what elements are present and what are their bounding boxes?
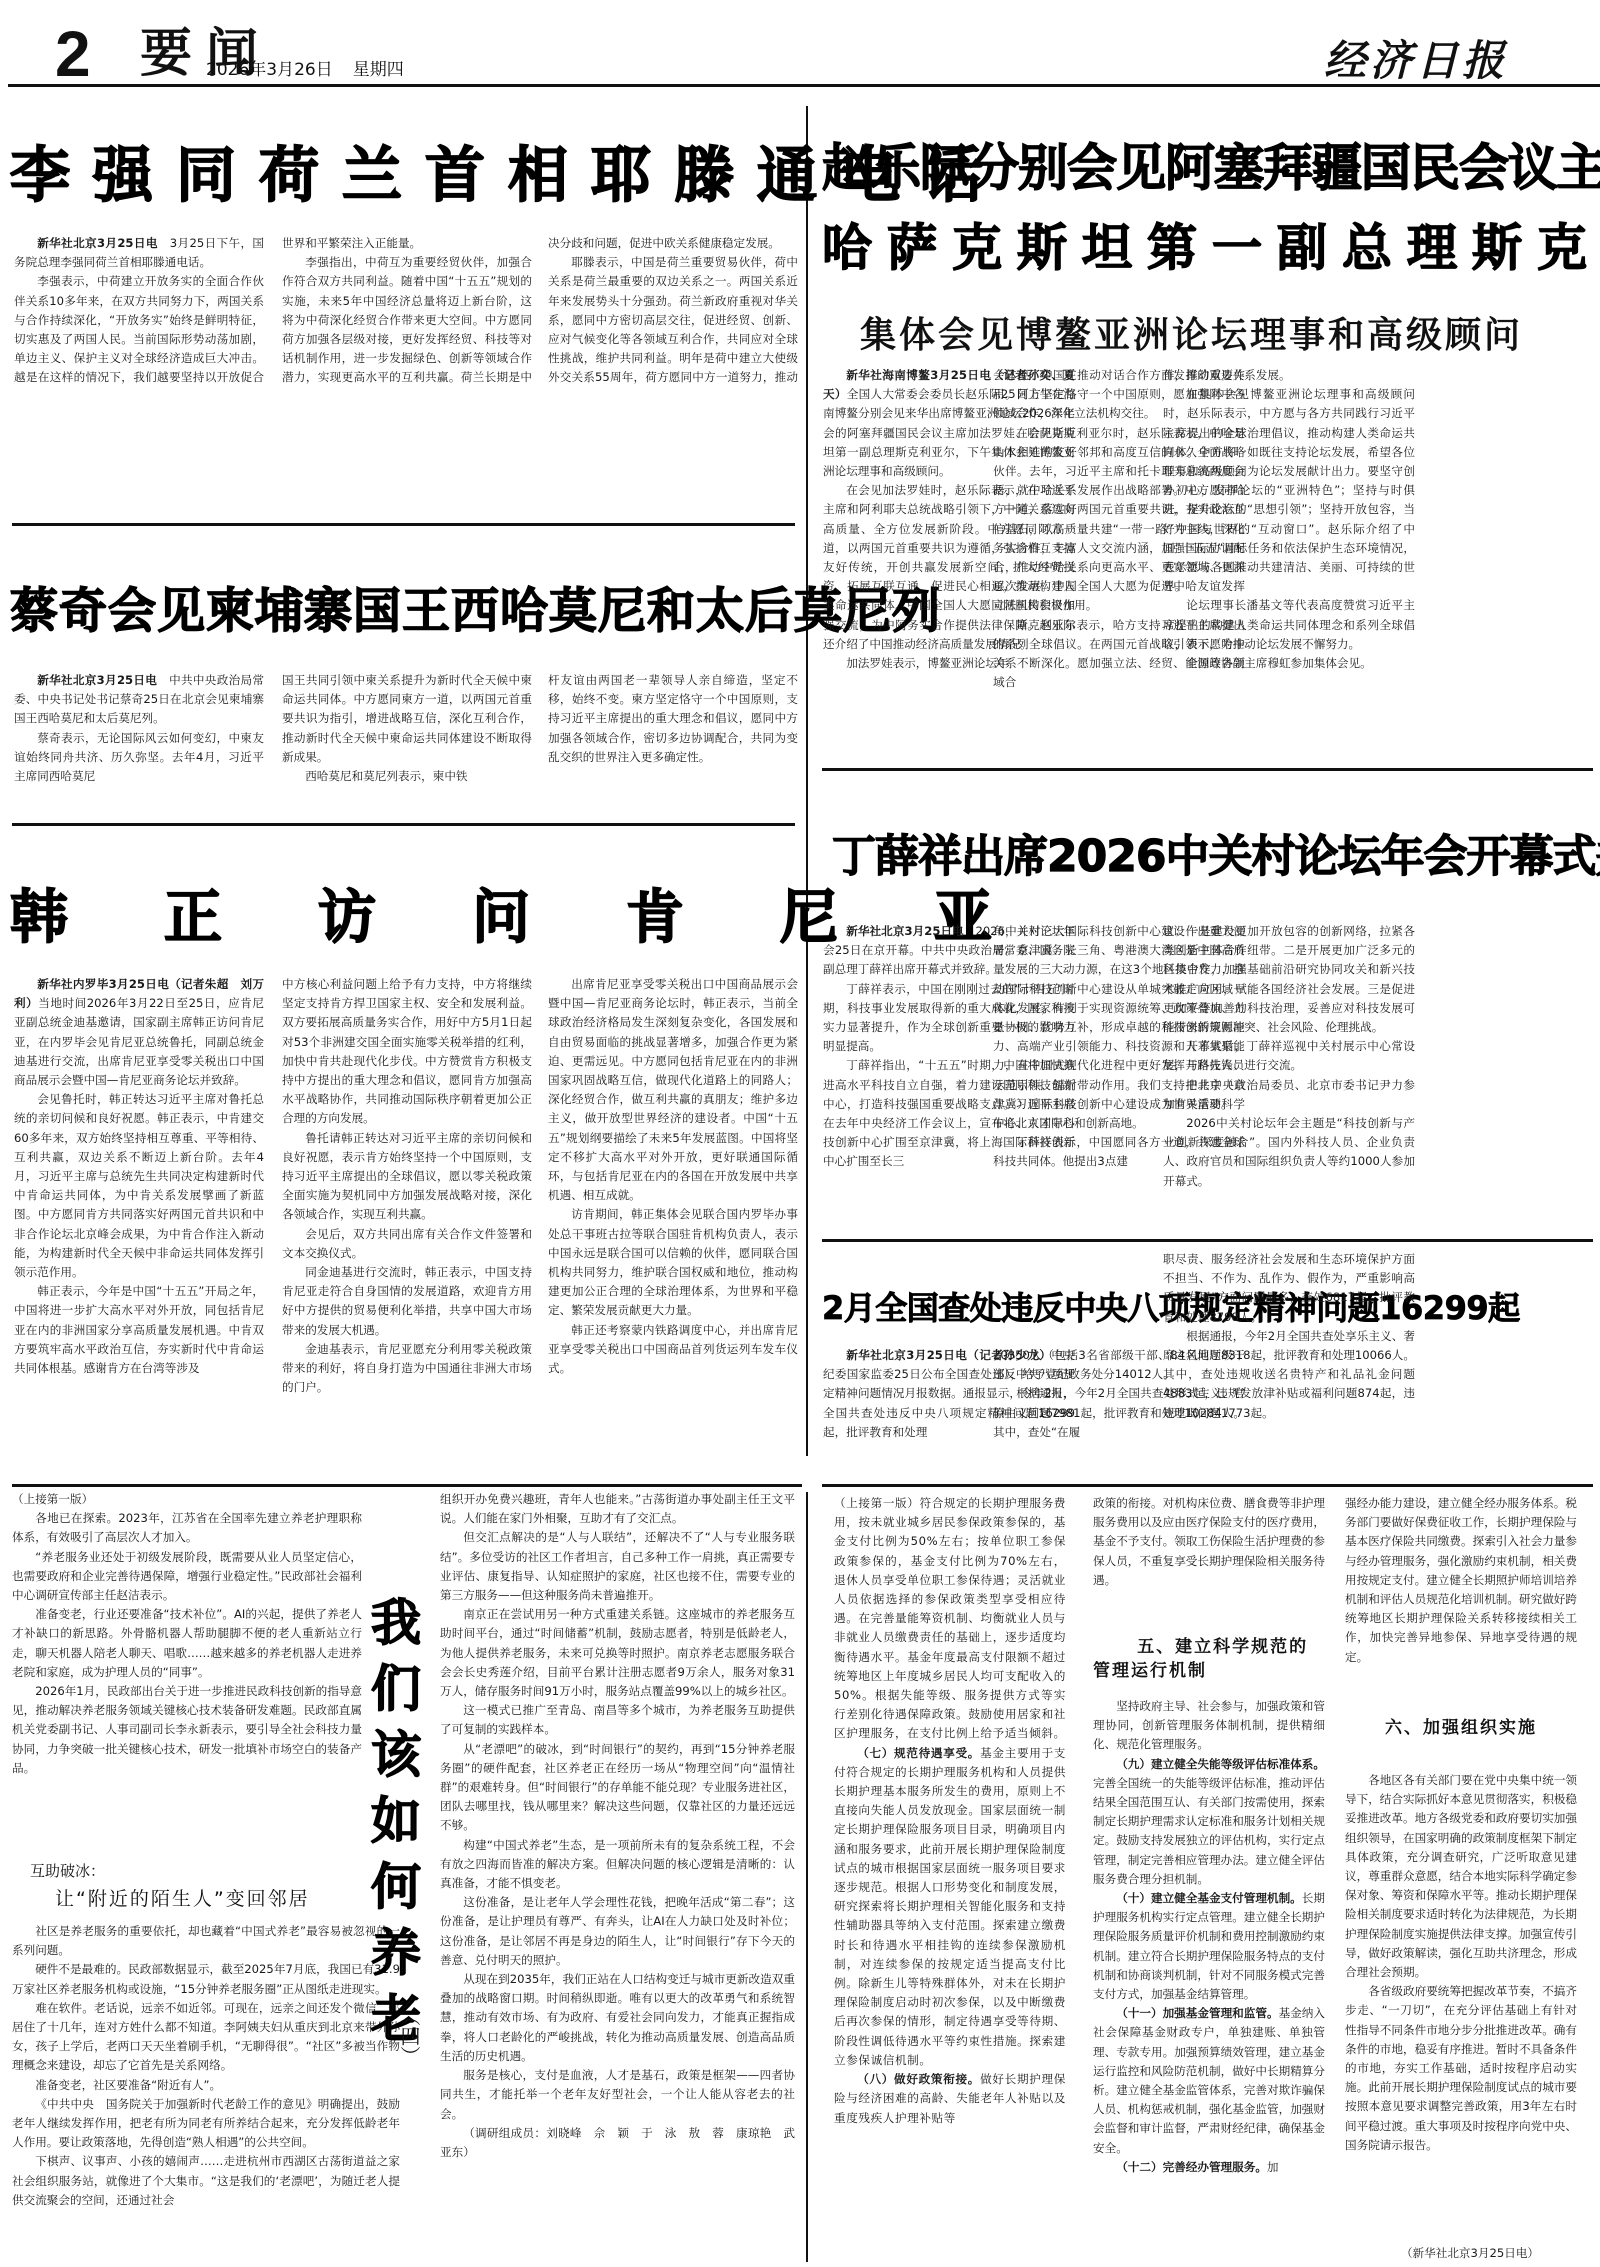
clause-title: （七）规范待遇享受。 xyxy=(857,1746,980,1760)
paragraph: 构建“中国式养老”生态，是一项前所未有的复杂系统工程，不会有放之四海而皆准的解决… xyxy=(440,1836,795,1894)
paragraph: 组织开办免费兴趣班，青年人也能来。”古荡街道办事处副主任王文平说。人们能在家门外… xyxy=(440,1490,795,1528)
paragraph: 2026年1月，民政部出台关于进一步推进民政科技创新的指导意见，推动解决养老服务… xyxy=(12,1682,362,1778)
article-column: 世界和平繁荣注入正能量。李强指出，中荷互为重要经贸伙伴，加强合作符合双方共同利益… xyxy=(282,234,532,386)
paragraph: （十一）加强基金管理和监管。基金纳入社会保障基金财政专户，单独建账、单独管理、专… xyxy=(1093,2004,1325,2158)
paragraph: （调研组成员：刘晓峰 佘 颖 于 泳 敖 蓉 康琼艳 武亚东） xyxy=(440,2124,795,2162)
paragraph-text: 世界和平繁荣注入正能量。 xyxy=(282,236,421,250)
paragraph: 各地已在探索。2023年，江苏省在全国率先建立养老护理职称体系，有效吸引了高层次… xyxy=(12,1509,362,1547)
paragraph-text: 从现在到2035年，我们正站在人口结构变迁与城市更新改造双重叠加的战略窗口期。时… xyxy=(440,1972,795,2063)
issue-date: 2026年3月26日 xyxy=(206,60,333,80)
article-rule xyxy=(822,768,1593,771)
paragraph-text: 各省级政府要统筹把握改革节奏，不搞齐步走、“一刀切”，在充分评估基础上有针对性指… xyxy=(1345,1984,1577,2152)
column-divider xyxy=(806,1492,808,2262)
article-column: 组织开办免费兴趣班，青年人也能来。”古荡街道办事处副主任王文平说。人们能在家门外… xyxy=(440,1490,795,2260)
paragraph-text: 金迪基表示，肯尼亚愿充分利用零关税政策带来的利好，将自身打造为中国通往非洲大市场… xyxy=(282,1342,532,1394)
paragraph-text: 杆友谊由两国老一辈领导人亲自缔造，坚定不移，始终不变。柬方坚定恪守一个中国原则，… xyxy=(548,673,798,764)
paragraph-text: 李强表示，中荷建立开放务实的全面合作伙伴关系10多年来，在双方共同努力下，两国关… xyxy=(14,274,264,386)
paragraph-text: 韩正还考察蒙内铁路调度中心，并出席肯尼亚享受零关税出口中国商品首列货运列车发车仪… xyxy=(548,1323,798,1375)
paragraph-text: 李强指出，中荷互为重要经贸伙伴，加强合作符合双方共同利益。随着中国“十五五”规划… xyxy=(282,255,532,386)
paragraph-text: 社区是养老服务的重要依托，却也藏着“中国式养老”最容易被忽视的一系列问题。 xyxy=(12,1924,400,1957)
paragraph-text: 但交汇点解决的是“人与人联结”，还解决不了“人与专业服务联结”。多位受访的社区工… xyxy=(440,1530,795,1602)
paragraph-text: 蔡奇表示，无论国际风云如何变幻，中柬友谊始终同舟共济、历久弥坚。去年4月，习近平… xyxy=(14,731,264,783)
article-column: 作，推动双边关系发展。在集体会见博鳌亚洲论坛理事和高级顾问时，赵乐际表示，中方愿… xyxy=(1163,366,1415,750)
paragraph: 论坛理事长潘基文等代表高度赞赏习近平主席提出的构建人类命运共同体理念和系列全球倡… xyxy=(1163,596,1415,654)
article-rule xyxy=(822,1484,1593,1487)
paragraph: 中共中央政治局委员、北京市委书记尹力参加有关活动。 xyxy=(1163,1076,1415,1114)
article-rule xyxy=(822,1239,1593,1242)
paragraph-text: 完善全国统一的失能等级评估标准，推动评估结果全国范围互认、有关部门按需使用，探索… xyxy=(1093,1776,1325,1886)
paragraph: （十二）完善经办管理服务。加 xyxy=(1093,2158,1325,2177)
paragraph-text: “养老服务业还处于初级发展阶段，既需要从业人员坚定信心，也需要政府和企业完善待遇… xyxy=(12,1550,362,1602)
paragraph: 开幕式后，丁薛祥巡视中关村展示中心常设展，与科技人员进行交流。 xyxy=(1163,1037,1415,1075)
headline-line-1: 赵乐际分别会见阿塞拜疆国民会议主席加法罗娃、 xyxy=(822,128,1600,200)
continued-from: （上接第一版） xyxy=(12,1490,362,1509)
paragraph: （七）规范待遇享受。基金主要用于支付符合规定的长期护理服务机构和人员提供长期护理… xyxy=(834,1744,1066,2070)
paragraph-text: 会见鲁托时，韩正转达习近平主席对鲁托总统的亲切问候和良好祝愿。韩正表示，中肯建交… xyxy=(14,1092,264,1279)
article-column: 出席肯尼亚享受零关税出口中国商品展示会暨中国—肯尼亚商务论坛时，韩正表示，当前全… xyxy=(548,975,798,1437)
paragraph-text: 各地已在探索。2023年，江苏省在全国率先建立养老护理职称体系，有效吸引了高层次… xyxy=(12,1511,362,1544)
paragraph-text: 中方核心利益问题上给予有力支持，中方将继续坚定支持肯方捍卫国家主权、安全和发展利… xyxy=(282,977,532,1125)
subheadline: 让“附近的陌生人”变回邻居 xyxy=(55,1884,310,1911)
paragraph: 社区是养老服务的重要依托，却也藏着“中国式养老”最容易被忽视的一系列问题。 xyxy=(12,1922,400,1960)
paragraph-text: 耶滕表示，中国是荷兰重要贸易伙伴，荷中关系是荷兰最重要的双边关系之一。两国关系近… xyxy=(548,255,798,386)
paragraph: 金迪基表示，肯尼亚愿充分利用零关税政策带来的利好，将自身打造为中国通往非洲大市场… xyxy=(282,1340,532,1398)
paragraph-group: 各地已在探索。2023年，江苏省在全国率先建立养老护理职称体系，有效吸引了高层次… xyxy=(12,1509,362,1778)
paragraph: 国王共同引领中柬关系提升为新时代全天候中柬命运共同体。中方愿同柬方一道，以两国元… xyxy=(282,671,532,767)
paragraph: 访肯期间，韩正集体会见联合国内罗毕办事处总干事班古拉等联合国驻肯机构负责人，表示… xyxy=(548,1205,798,1320)
article-column: 职尽责、服务经济社会发展和生态环境保护方面不担当、不作为、乱作为、假作为，严重影… xyxy=(1163,1250,1415,1465)
paragraph: 鲁托请韩正转达对习近平主席的亲切问候和良好祝愿，表示肯方始终坚持一个中国原则，支… xyxy=(282,1129,532,1225)
paragraph: 强经办能力建设，建立健全经办服务体系。税务部门要做好保费征收工作，长期护理保险与… xyxy=(1345,1494,1577,1667)
paragraph-text: 加 xyxy=(1267,2160,1279,2174)
dateline-lead: 新华社北京3月25日电 xyxy=(37,673,157,687)
paragraph-text: 会见后，双方共同出席有关合作文件签署和文本交换仪式。 xyxy=(282,1227,532,1260)
article-column: 各地区各有关部门要在党中央集中统一领导下，结合实际抓好本意见贯彻落实，积极稳妥推… xyxy=(1345,1771,1577,2241)
paragraph: 从“老漂吧”的破冰，到“时间银行”的契约，再到“15分钟养老服务圈”的硬件配套，… xyxy=(440,1740,795,1836)
article-column: 决分歧和问题，促进中欧关系健康稳定发展。耶滕表示，中国是荷兰重要贸易伙伴，荷中关… xyxy=(548,234,798,386)
article-column: 新华社北京3月25日电 3月25日下午，国务院总理李强同荷兰首相耶滕通电话。李强… xyxy=(14,234,264,386)
headline: 丁薛祥出席2026中关村论坛年会开幕式并致辞 xyxy=(832,820,1600,884)
paragraph: 同金迪基进行交流时，韩正表示，中国支持肯尼亚走符合自身国情的发展道路，欢迎肯方用… xyxy=(282,1263,532,1340)
paragraph-text: 根据通报，今年2月全国共查处享乐主义、奢靡之风问题8318起，批评教育和处理10… xyxy=(1163,1329,1415,1420)
paragraph: 耶滕表示，中国是荷兰重要贸易伙伴，荷中关系是荷兰最重要的双边关系之一。两国关系近… xyxy=(548,253,798,386)
paragraph-text: 国王共同引领中柬关系提升为新时代全天候中柬命运共同体。中方愿同柬方一道，以两国元… xyxy=(282,673,532,764)
paragraph: 杆友谊由两国老一辈领导人亲自缔造，坚定不移，始终不变。柬方坚定恪守一个中国原则，… xyxy=(548,671,798,767)
paragraph: 服务是核心，支付是血液，人才是基石，政策是框架——四者协同共生，才能托举一个老年… xyxy=(440,2066,795,2124)
paragraph-text: 出席肯尼亚享受零关税出口中国商品展示会暨中国—肯尼亚商务论坛时，韩正表示，当前全… xyxy=(548,977,798,1202)
headline-line-2: 哈萨克斯坦第一副总理斯克利亚尔 xyxy=(822,208,1600,280)
column-divider xyxy=(806,106,808,1456)
paragraph-text: 这一模式已推广至青岛、南昌等多个城市，为养老服务互助提供了可复制的实践样本。 xyxy=(440,1703,795,1736)
paragraph: 从现在到2035年，我们正站在人口结构变迁与城市更新改造双重叠加的战略窗口期。时… xyxy=(440,1970,795,2066)
paragraph-text: 职尽责、服务经济社会发展和生态环境保护方面不担当、不作为、乱作为、假作为，严重影… xyxy=(1163,1252,1415,1324)
paragraph-text: 组织开办免费兴趣班，青年人也能来。”古荡街道办事处副主任王文平说。人们能在家门外… xyxy=(440,1492,795,1525)
paragraph-text: 2026中关村论坛年会主题是“科技创新与产业创新深度融合”。国内外科技人员、企业… xyxy=(1163,1116,1415,1188)
paragraph-text: 强经办能力建设，建立健全经办服务体系。税务部门要做好保费征收工作，长期护理保险与… xyxy=(1345,1496,1577,1664)
paragraph: 各地区各有关部门要在党中央集中统一领导下，结合实际抓好本意见贯彻落实，积极稳妥推… xyxy=(1345,1771,1577,1982)
paragraph: 李强指出，中荷互为重要经贸伙伴，加强合作符合双方共同利益。随着中国“十五五”规划… xyxy=(282,253,532,386)
paragraph: 新华社北京3月25日电 3月25日下午，国务院总理李强同荷兰首相耶滕通电话。 xyxy=(14,234,264,272)
paragraph: （九）建立健全失能等级评估标准体系。完善全国统一的失能等级评估标准，推动评估结果… xyxy=(1093,1755,1325,1889)
article-column: 议：一是建设更加开放包容的创新网络，拉紧各类创新主体合作纽带。二是开展更加广泛多… xyxy=(1163,922,1415,1220)
paragraph: 政策的衔接。对机构床位费、膳食费等非护理服务费用以及应由医疗保险支付的医疗费用，… xyxy=(1093,1494,1325,1590)
article-column: 政策的衔接。对机构床位费、膳食费等非护理服务费用以及应由医疗保险支付的医疗费用，… xyxy=(1093,1494,1325,1614)
paragraph: 难在软件。老话说，远亲不如近邻。可现在，远亲之间还发个微信，邻居住了十几年，连对… xyxy=(12,1999,400,2076)
article-column: 新华社内罗毕3月25日电（记者朱超 刘万利）当地时间2026年3月22日至25日… xyxy=(14,975,264,1437)
paragraph-text: 准备变老，行业还要准备“技术补位”。AI的兴起，提供了养老人才补缺口的新思路。外… xyxy=(12,1607,362,1679)
paragraph: 会见后，双方共同出席有关合作文件签署和文本交换仪式。 xyxy=(282,1225,532,1263)
dateline: （新华社北京3月25日电） xyxy=(1360,2244,1580,2263)
paragraph: 世界和平繁荣注入正能量。 xyxy=(282,234,532,253)
paragraph: 南京正在尝试用另一种方式重建关系链。这座城市的养老服务互助时间平台，通过“时间储… xyxy=(440,1605,795,1701)
paragraph: 根据通报，今年2月全国共查处享乐主义、奢靡之风问题8318起，批评教育和处理10… xyxy=(1163,1327,1415,1423)
paragraph: 韩正还考察蒙内铁路调度中心，并出席肯尼亚享受零关税出口中国商品首列货运列车发车仪… xyxy=(548,1321,798,1379)
paragraph-text: 在集体会见博鳌亚洲论坛理事和高级顾问时，赵乐际表示，中方愿与各方共同践行习近平主… xyxy=(1163,387,1415,593)
paragraph: 新华社内罗毕3月25日电（记者朱超 刘万利）当地时间2026年3月22日至25日… xyxy=(14,975,264,1090)
paragraph-text: 《中共中央 国务院关于加强新时代老龄工作的意见》明确提出，鼓励老年人继续发挥作用… xyxy=(12,2097,400,2149)
paragraph: 准备变老，行业还要准备“技术补位”。AI的兴起，提供了养老人才补缺口的新思路。外… xyxy=(12,1605,362,1682)
paragraph: 硬件不是最难的。民政部数据显示，截至2025年7月底，我国已有31.9万家社区养… xyxy=(12,1960,400,1998)
paragraph: 会见鲁托时，韩正转达习近平主席对鲁托总统的亲切问候和良好祝愿。韩正表示，中肯建交… xyxy=(14,1090,264,1282)
paragraph-text: 下棋声、议事声、小孩的嬉闹声……走进杭州市西湖区古荡街道益之家社会组织服务站，就… xyxy=(12,2154,400,2206)
paragraph: 在集体会见博鳌亚洲论坛理事和高级顾问时，赵乐际表示，中方愿与各方共同践行习近平主… xyxy=(1163,385,1415,596)
paragraph: 西哈莫尼和莫尼列表示，柬中铁 xyxy=(282,767,532,786)
subhead-kicker: 互助破冰： xyxy=(30,1860,105,1881)
paragraph-text: 开幕式后，丁薛祥巡视中关村展示中心常设展，与科技人员进行交流。 xyxy=(1163,1039,1415,1072)
paragraph: 蔡奇表示，无论国际风云如何变幻，中柬友谊始终同舟共济、历久弥坚。去年4月，习近平… xyxy=(14,729,264,787)
paragraph: 但交汇点解决的是“人与人联结”，还解决不了“人与专业服务联结”。多位受访的社区工… xyxy=(440,1528,795,1605)
issue-weekday: 星期四 xyxy=(353,60,404,80)
paragraph: 各省级政府要统筹把握改革节奏，不搞齐步走、“一刀切”，在充分评估基础上有针对性指… xyxy=(1345,1982,1577,2155)
paragraph-text: （调研组成员：刘晓峰 佘 颖 于 泳 敖 蓉 康琼艳 武亚东） xyxy=(440,2126,795,2159)
masthead-rule xyxy=(8,84,1600,87)
paragraph-text: 政策的衔接。对机构床位费、膳食费等非护理服务费用以及应由医疗保险支付的医疗费用，… xyxy=(1093,1496,1325,1587)
paragraph: 李强表示，中荷建立开放务实的全面合作伙伴关系10多年来，在双方共同努力下，两国关… xyxy=(14,272,264,386)
paragraph-text: 当地时间2026年3月22日至25日，应肯尼亚副总统金迪基邀请，国家副主席韩正访… xyxy=(14,996,264,1087)
section-heading: 六、加强组织实施 xyxy=(1345,1716,1577,1740)
paragraph-text: （上接第一版）符合规定的长期护理服务费用，按未就业城乡居民参保政策参保的，基金支… xyxy=(834,1496,1066,1740)
page-number: 2 xyxy=(55,22,91,86)
paragraph-text: 构建“中国式养老”生态，是一项前所未有的复杂系统工程，不会有放之四海而皆准的解决… xyxy=(440,1838,795,1890)
paragraph-text: 难在软件。老话说，远亲不如近邻。可现在，远亲之间还发个微信，邻居住了十几年，连对… xyxy=(12,2001,400,2073)
article-column: （上接第一版）符合规定的长期护理服务费用，按未就业城乡居民参保政策参保的，基金支… xyxy=(834,1494,1066,2264)
paragraph: 准备变老，社区要准备“附近有人”。 xyxy=(12,2076,400,2095)
article-column: 国王共同引领中柬关系提升为新时代全天候中柬命运共同体。中方愿同柬方一道，以两国元… xyxy=(282,671,532,806)
paragraph: 这一模式已推广至青岛、南昌等多个城市，为养老服务互助提供了可复制的实践样本。 xyxy=(440,1701,795,1739)
newspaper-logo: 经济日报 xyxy=(1324,28,1508,88)
paragraph: 决分歧和问题，促进中欧关系健康稳定发展。 xyxy=(548,234,798,253)
paragraph: 作，推动双边关系发展。 xyxy=(1163,366,1415,385)
paragraph: 这份准备，是让老年人学会理性花钱，把晚年活成“第二春”；这份准备，是让护理员有尊… xyxy=(440,1893,795,1970)
article-column: 社区是养老服务的重要依托，却也藏着“中国式养老”最容易被忽视的一系列问题。硬件不… xyxy=(12,1922,400,2262)
paragraph: （上接第一版）符合规定的长期护理服务费用，按未就业城乡居民参保政策参保的，基金支… xyxy=(834,1494,1066,1744)
paragraph-text: 韩正表示，今年是中国“十五五”开局之年，中国将进一步扩大高水平对外开放，同包括肯… xyxy=(14,1284,264,1375)
paragraph-text: 西哈莫尼和莫尼列表示，柬中铁 xyxy=(305,769,467,783)
paragraph: 全国政协副主席穆虹参加集体会见。 xyxy=(1163,654,1415,673)
paragraph-text: 坚持政府主导、社会参与，加强政策和管理协同，创新管理服务体制机制，提供精细化、规… xyxy=(1093,1699,1325,1751)
paragraph: 《中共中央 国务院关于加强新时代老龄工作的意见》明确提出，鼓励老年人继续发挥作用… xyxy=(12,2095,400,2153)
paragraph-text: 鲁托请韩正转达对习近平主席的亲切问候和良好祝愿，表示肯方始终坚持一个中国原则，支… xyxy=(282,1131,532,1222)
paragraph-text: 南京正在尝试用另一种方式重建关系链。这座城市的养老服务互助时间平台，通过“时间储… xyxy=(440,1607,795,1698)
clause-title: （八）做好政策衔接。 xyxy=(857,2072,980,2086)
paragraph: 下棋声、议事声、小孩的嬉闹声……走进杭州市西湖区古荡街道益之家社会组织服务站，就… xyxy=(12,2152,400,2210)
paragraph-text: 决分歧和问题，促进中欧关系健康稳定发展。 xyxy=(548,236,780,250)
section-heading: 五、建立科学规范的管理运行机制 xyxy=(1093,1635,1325,1683)
article-column: 强经办能力建设，建立健全经办服务体系。税务部门要做好保费征收工作，长期护理保险与… xyxy=(1345,1494,1577,1694)
paragraph-text: 从“老漂吧”的破冰，到“时间银行”的契约，再到“15分钟养老服务圈”的硬件配套，… xyxy=(440,1742,795,1833)
subheadline: 集体会见博鳌亚洲论坛理事和高级顾问 xyxy=(860,307,1523,358)
issue-date-line: 2026年3月26日星期四 xyxy=(206,55,424,80)
series-number: （四） xyxy=(370,2006,420,2066)
article-rule xyxy=(12,523,795,526)
article-rule xyxy=(12,1484,802,1487)
paragraph-text: 作，推动双边关系发展。 xyxy=(1163,368,1291,382)
paragraph-text: 同金迪基进行交流时，韩正表示，中国支持肯尼亚走符合自身国情的发展道路，欢迎肯方用… xyxy=(282,1265,532,1337)
article-column: （上接第一版） 各地已在探索。2023年，江苏省在全国率先建立养老护理职称体系，… xyxy=(12,1490,362,1856)
article-column: 新华社北京3月25日电 中共中央政治局常委、中央书记处书记蔡奇25日在北京会见柬… xyxy=(14,671,264,806)
clause-title: （九）建立健全失能等级评估标准体系。 xyxy=(1116,1757,1325,1771)
paragraph-text: 议：一是建设更加开放包容的创新网络，拉紧各类创新主体合作纽带。二是开展更加广泛多… xyxy=(1163,924,1415,1034)
paragraph: （八）做好政策衔接。做好长期护理保险与经济困难的高龄、失能老年人补贴以及重度残疾… xyxy=(834,2070,1066,2128)
dateline-lead: 新华社北京3月25日电 xyxy=(37,236,158,250)
article-rule xyxy=(12,823,795,826)
paragraph: “养老服务业还处于初级发展阶段，既需要从业人员坚定信心，也需要政府和企业完善待遇… xyxy=(12,1548,362,1606)
dateline-lead: 新华社北京3月25日电 xyxy=(846,924,964,938)
paragraph-text: 服务是核心，支付是血液，人才是基石，政策是框架——四者协同共生，才能托举一个老年… xyxy=(440,2068,795,2120)
paragraph: 出席肯尼亚享受零关税出口中国商品展示会暨中国—肯尼亚商务论坛时，韩正表示，当前全… xyxy=(548,975,798,1205)
article-column: 中方核心利益问题上给予有力支持，中方将继续坚定支持肯方捍卫国家主权、安全和发展利… xyxy=(282,975,532,1437)
paragraph-text: 论坛理事长潘基文等代表高度赞赏习近平主席提出的构建人类命运共同体理念和系列全球倡… xyxy=(1163,598,1415,650)
paragraph-text: 2026年1月，民政部出台关于进一步推进民政科技创新的指导意见，推动解决养老服务… xyxy=(12,1684,362,1775)
paragraph: 议：一是建设更加开放包容的创新网络，拉紧各类创新主体合作纽带。二是开展更加广泛多… xyxy=(1163,922,1415,1037)
paragraph-text: 中共中央政治局委员、北京市委书记尹力参加有关活动。 xyxy=(1163,1078,1415,1111)
paragraph: 职尽责、服务经济社会发展和生态环境保护方面不担当、不作为、乱作为、假作为，严重影… xyxy=(1163,1250,1415,1327)
paragraph-text: 准备变老，社区要准备“附近有人”。 xyxy=(35,2078,221,2092)
paragraph-text: 加法罗娃表示，博鳌亚洲论坛年 xyxy=(846,656,1008,670)
clause-title: （十二）完善经办管理服务。 xyxy=(1116,2160,1267,2174)
clause-title: （十）建立健全基金支付管理机制。 xyxy=(1116,1891,1302,1905)
article-column: 坚持政府主导、社会参与，加强政策和管理协同，创新管理服务体制机制，提供精细化、规… xyxy=(1093,1697,1325,2267)
paragraph-text: 各地区各有关部门要在党中央集中统一领导下，结合实际抓好本意见贯彻落实，积极稳妥推… xyxy=(1345,1773,1577,1979)
paragraph-text: 全国政协副主席穆虹参加集体会见。 xyxy=(1186,656,1372,670)
paragraph: 坚持政府主导、社会参与，加强政策和管理协同，创新管理服务体制机制，提供精细化、规… xyxy=(1093,1697,1325,1755)
paragraph-text: 访肯期间，韩正集体会见联合国内罗毕办事处总干事班古拉等联合国驻肯机构负责人，表示… xyxy=(548,1207,798,1317)
paragraph-text: 这份准备，是让老年人学会理性花钱，把晚年活成“第二春”；这份准备，是让护理员有尊… xyxy=(440,1895,795,1967)
paragraph: 新华社北京3月25日电 中共中央政治局常委、中央书记处书记蔡奇25日在北京会见柬… xyxy=(14,671,264,729)
clause-title: （十一）加强基金管理和监管。 xyxy=(1116,2006,1278,2020)
paragraph-text: 基金纳入社会保障基金财政专户，单独建账、单独管理、专款专用。加强预算绩效管理，建… xyxy=(1093,2006,1325,2154)
paragraph-text: 长期护理服务机构实行定点管理。建立健全长期护理保险服务质量评价机制和费用控制激励… xyxy=(1093,1891,1325,2001)
paragraph: 中方核心利益问题上给予有力支持，中方将继续坚定支持肯方捍卫国家主权、安全和发展利… xyxy=(282,975,532,1129)
paragraph: 2026中关村论坛年会主题是“科技创新与产业创新深度融合”。国内外科技人员、企业… xyxy=(1163,1114,1415,1191)
paragraph-text: 硬件不是最难的。民政部数据显示，截至2025年7月底，我国已有31.9万家社区养… xyxy=(12,1962,400,1995)
series-title: 我们该如何养老 xyxy=(366,1590,426,2052)
paragraph: 韩正表示，今年是中国“十五五”开局之年，中国将进一步扩大高水平对外开放，同包括肯… xyxy=(14,1282,264,1378)
paragraph: （十）建立健全基金支付管理机制。长期护理服务机构实行定点管理。建立健全长期护理保… xyxy=(1093,1889,1325,2004)
article-column: 杆友谊由两国老一辈领导人亲自缔造，坚定不移，始终不变。柬方坚定恪守一个中国原则，… xyxy=(548,671,798,806)
headline: 蔡奇会见柬埔寨国王西哈莫尼和太后莫尼列 xyxy=(10,572,941,641)
paragraph-text: 基金主要用于支付符合规定的长期护理服务机构和人员提供长期护理基本服务所发生的费用… xyxy=(834,1746,1066,2067)
